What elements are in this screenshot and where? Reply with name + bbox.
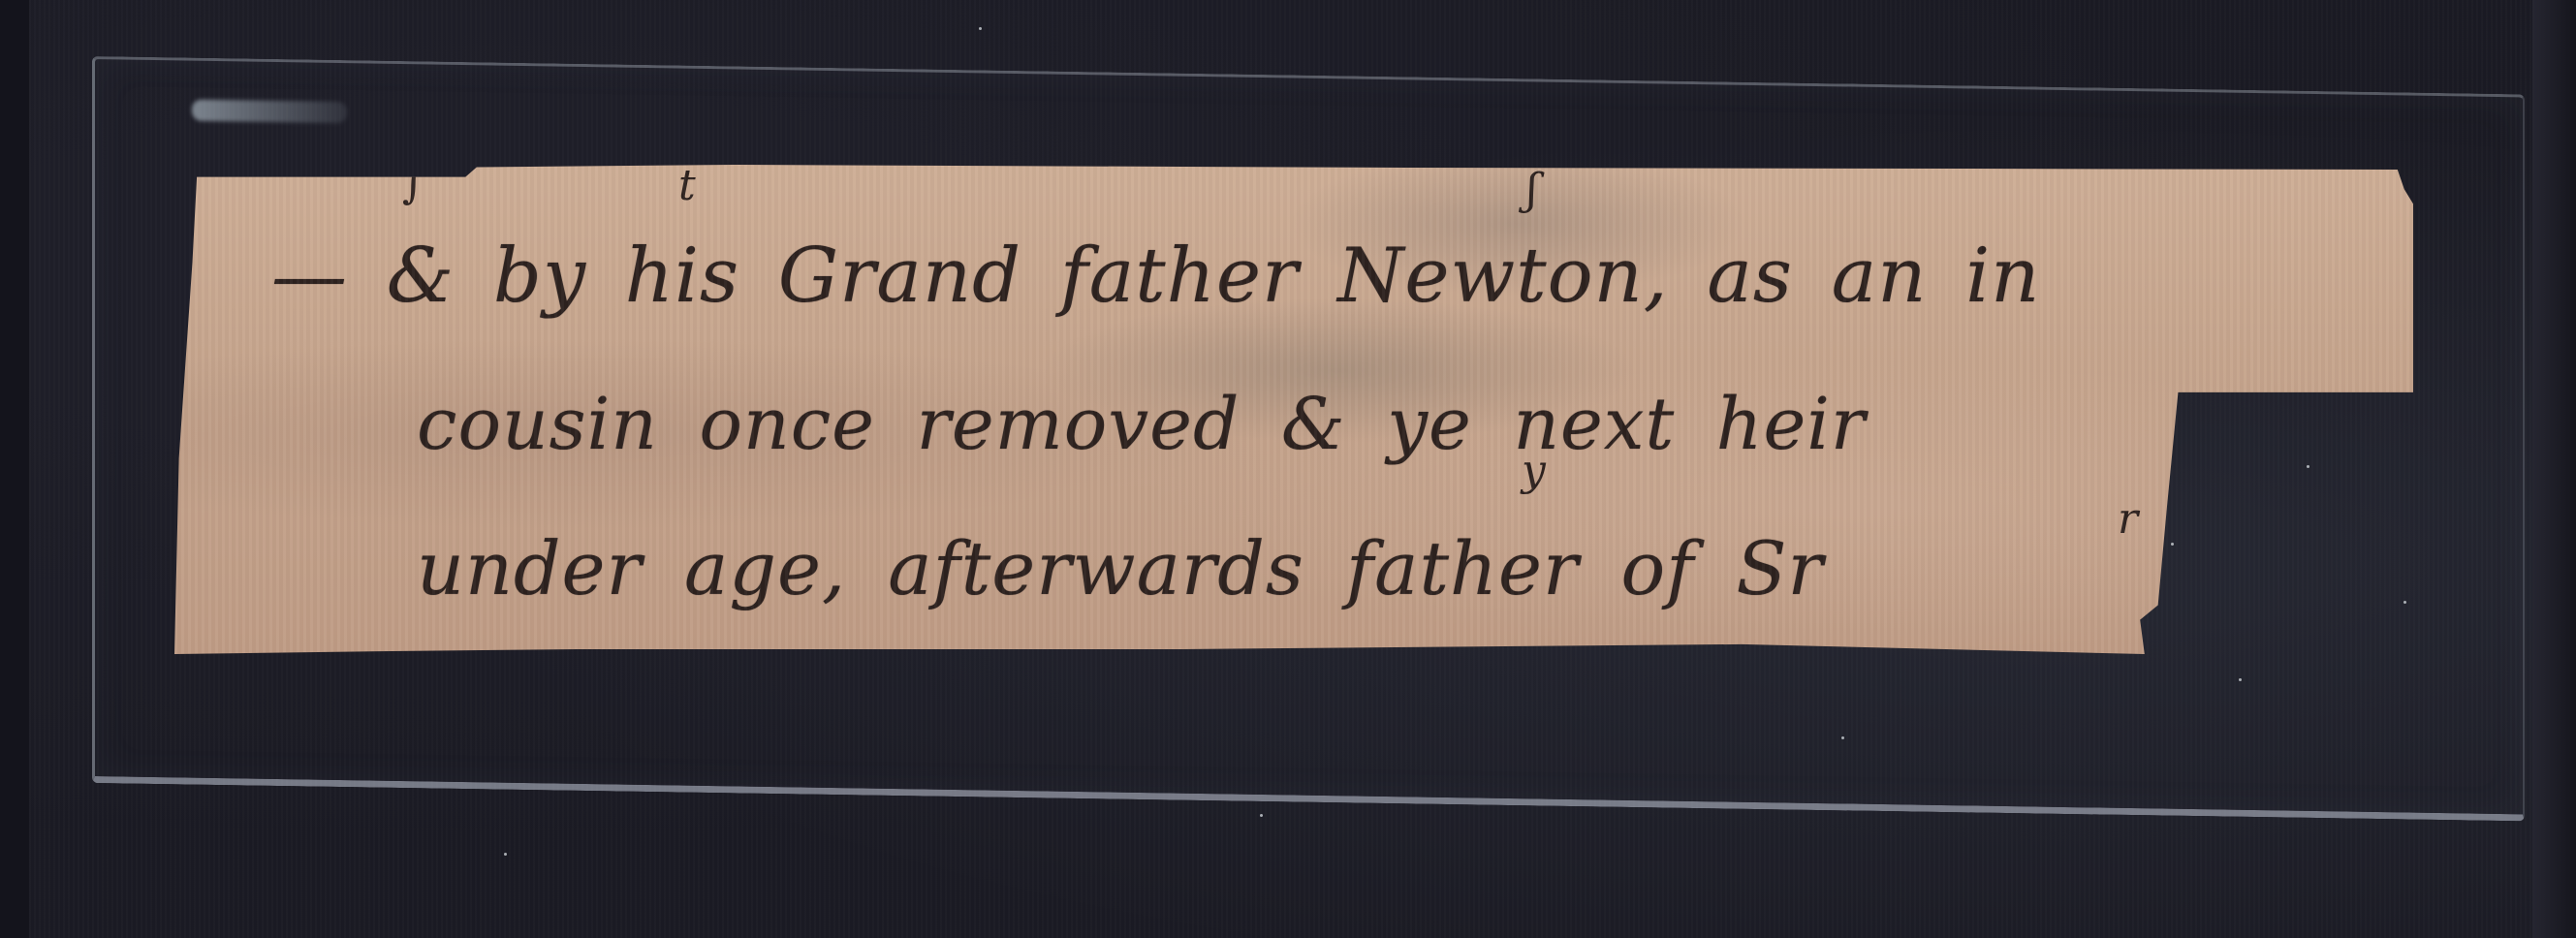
frame-left-edge <box>0 0 29 938</box>
dust-speck <box>1260 814 1263 817</box>
manuscript-line-3: under age, afterwards father of Sr <box>417 525 1824 611</box>
dust-speck <box>979 27 982 30</box>
superscript-mark: t <box>678 161 696 210</box>
frame-right-edge <box>2532 0 2576 938</box>
manuscript-line-1: — & by his Grand father Newton, as an in <box>271 233 2040 320</box>
dust-speck <box>2307 465 2309 468</box>
manuscript-line-2: cousin once removed & ye next heir <box>417 383 1866 466</box>
dust-speck <box>504 853 507 856</box>
dust-speck <box>2171 543 2174 546</box>
superscript-mark: y <box>1522 446 1546 495</box>
sleeve-corner-glint <box>192 100 347 124</box>
dust-speck <box>2403 601 2406 604</box>
photo-scene: ∫ t ʃ y r — & by his Grand father Newton… <box>0 0 2576 938</box>
manuscript-fragment: ∫ t ʃ y r — & by his Grand father Newton… <box>174 165 2413 654</box>
superscript-mark: r <box>2118 494 2138 544</box>
superscript-mark: ʃ <box>1526 165 1538 214</box>
dust-speck <box>2239 678 2242 681</box>
dust-speck <box>1841 736 1844 739</box>
